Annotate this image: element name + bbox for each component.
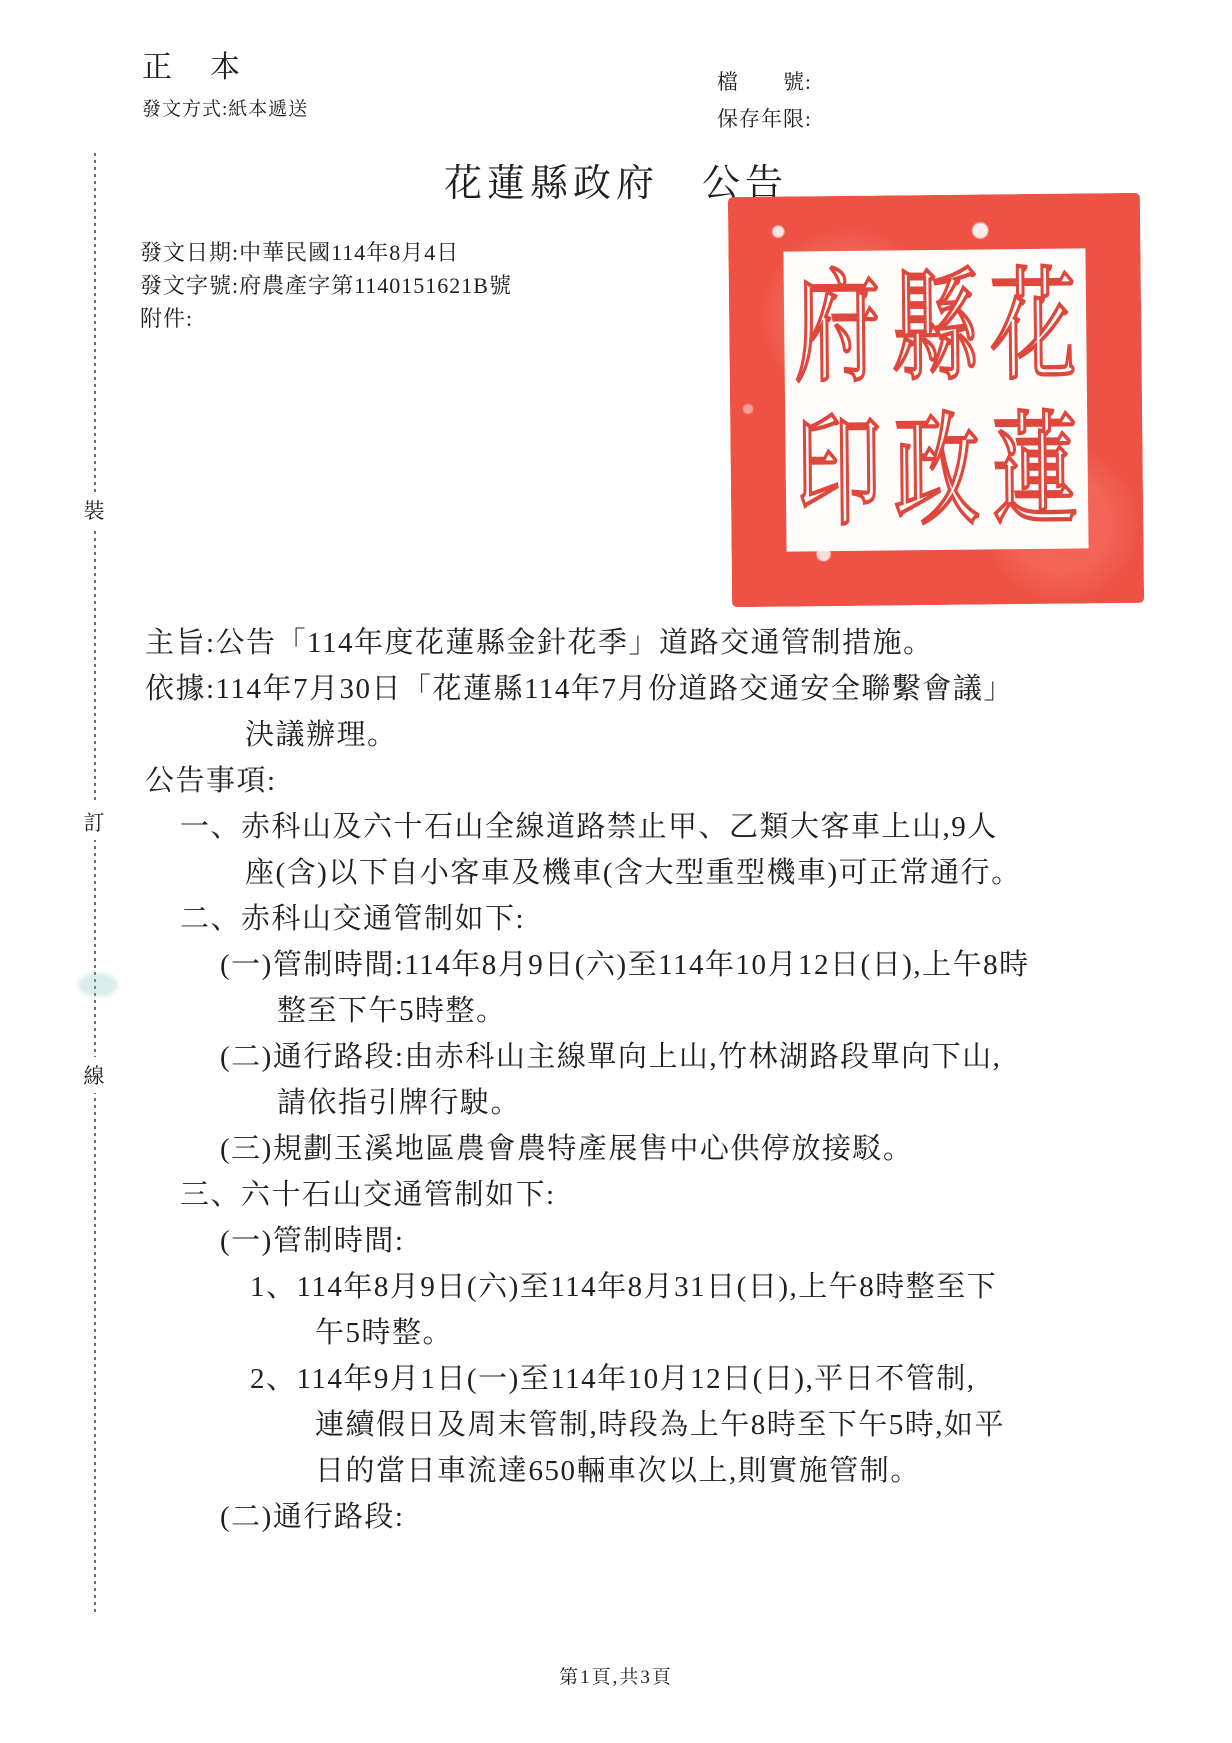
body-line: 整至下午5時整。 xyxy=(0,988,1232,1034)
scan-artifact-smudge xyxy=(78,973,118,997)
binding-mark-ding: 訂 xyxy=(81,804,107,840)
binding-dotted-line xyxy=(94,153,96,1613)
body-line: (一)管制時間: xyxy=(0,1218,1232,1264)
official-seal: 花 蓮 縣 政 府 印 xyxy=(728,193,1144,607)
body-line-item-3: 三、六十石山交通管制如下: xyxy=(0,1172,1232,1218)
body-line-basis: 依據:114年7月30日「花蓮縣114年7月份道路交通安全聯繫會議」 xyxy=(0,666,1232,712)
official-seal-inner: 花 蓮 縣 政 府 印 xyxy=(783,248,1088,551)
body-line-items-head: 公告事項: xyxy=(0,758,1232,804)
seal-column-right: 花 蓮 xyxy=(984,254,1084,543)
announcement-body: 主旨:公告「114年度花蓮縣金針花季」道路交通管制措施。 依據:114年7月30… xyxy=(0,620,1232,1540)
body-line: 決議辦理。 xyxy=(0,712,1232,758)
body-line: (三)規劃玉溪地區農會農特產展售中心供停放接駁。 xyxy=(0,1126,1232,1172)
body-line: (二)通行路段: xyxy=(0,1494,1232,1540)
body-line: 1、114年8月9日(六)至114年8月31日(日),上午8時整至下 xyxy=(0,1264,1232,1310)
copy-type-label: 正 本 xyxy=(142,42,244,86)
seal-character: 蓮 xyxy=(985,371,1084,571)
body-line: 請依指引牌行駛。 xyxy=(0,1080,1232,1126)
body-line-item-2: 二、赤科山交通管制如下: xyxy=(0,896,1232,942)
page-number-footer: 第1頁,共3頁 xyxy=(0,1662,1232,1689)
body-line-item-1: 一、赤科山及六十石山全線道路禁止甲、乙類大客車上山,9人 xyxy=(0,804,1232,850)
retention-period-label: 保存年限: xyxy=(717,101,812,138)
seal-column-middle: 縣 政 xyxy=(886,256,986,545)
issue-date: 發文日期:中華民國114年8月4日 xyxy=(140,236,512,269)
body-line: 午5時整。 xyxy=(0,1310,1232,1356)
body-line: (二)通行路段:由赤科山主線單向上山,竹林湖路段單向下山, xyxy=(0,1034,1232,1080)
file-number-label: 檔 號: xyxy=(717,64,812,101)
seal-column-left: 府 印 xyxy=(788,257,888,546)
body-line: 日的當日車流達650輛車次以上,則實施管制。 xyxy=(0,1448,1232,1494)
issue-meta-block: 發文日期:中華民國114年8月4日 發文字號:府農產字第1140151621B號… xyxy=(140,236,512,335)
official-document-page: { "doc": { "copy_type": "正 本", "delivery… xyxy=(0,0,1232,1743)
binding-mark-zhuang: 裝 xyxy=(81,492,107,528)
binding-mark-xian: 線 xyxy=(81,1057,107,1093)
delivery-method-label: 發文方式:紙本遞送 xyxy=(142,94,308,121)
seal-character: 印 xyxy=(789,373,888,573)
body-line: 座(含)以下自小客車及機車(含大型重型機車)可正常通行。 xyxy=(0,850,1232,896)
body-line: (一)管制時間:114年8月9日(六)至114年10月12日(日),上午8時 xyxy=(0,942,1232,988)
body-line: 連續假日及周末管制,時段為上午8時至下午5時,如平 xyxy=(0,1402,1232,1448)
seal-character: 政 xyxy=(887,372,986,572)
file-meta-block: 檔 號: 保存年限: xyxy=(717,64,812,138)
body-line: 2、114年9月1日(一)至114年10月12日(日),平日不管制, xyxy=(0,1356,1232,1402)
doc-number: 發文字號:府農產字第1140151621B號 xyxy=(140,269,512,302)
body-line-subject: 主旨:公告「114年度花蓮縣金針花季」道路交通管制措施。 xyxy=(0,620,1232,666)
attachment-label: 附件: xyxy=(140,302,512,335)
